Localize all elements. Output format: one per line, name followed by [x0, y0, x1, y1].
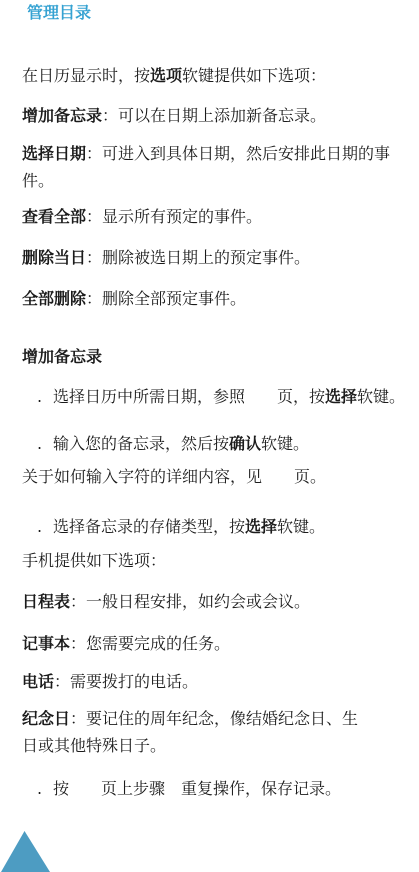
- option-desc: 删除被选日期上的预定事件。: [102, 248, 310, 267]
- softkey-select-label: 选择: [325, 387, 357, 406]
- softkey-options-label: 选项: [150, 66, 182, 85]
- memo-type-separator: ：: [70, 592, 86, 611]
- page-content: 在日历显示时，按选项软键提供如下选项： 增加备忘录：可以在日期上添加新备忘录。 …: [22, 62, 419, 802]
- step-text-pre: 选择日历中所需日期，参照 页，按: [53, 387, 325, 406]
- step-text-post: 软键。: [261, 434, 309, 453]
- option-desc: 显示所有预定的事件。: [102, 207, 262, 226]
- step-3-note: 手机提供如下选项：: [22, 547, 367, 574]
- step-marker: .: [37, 383, 53, 410]
- option-term: 全部删除: [22, 289, 86, 308]
- manual-page: 管理目录 在日历显示时，按选项软键提供如下选项： 增加备忘录：可以在日期上添加新…: [0, 0, 419, 872]
- option-separator: ：: [86, 144, 102, 163]
- memo-type-separator: ：: [70, 709, 86, 728]
- memo-type-call: 电话：需要拨打的电话。: [22, 668, 366, 695]
- step-marker: .: [37, 430, 53, 457]
- softkey-select-label: 选择: [245, 517, 277, 536]
- memo-type-separator: ：: [70, 634, 86, 653]
- option-desc: 可以在日期上添加新备忘录。: [118, 106, 326, 125]
- step-2-note: 关于如何输入字符的详细内容，见 页。: [22, 463, 367, 490]
- memo-type-term: 电话: [22, 672, 54, 691]
- step-1: . 选择日历中所需日期，参照 页，按选择软键。: [37, 383, 419, 410]
- step-4: . 按 页上步骤 重复操作，保存记录。: [37, 775, 419, 802]
- option-separator: ：: [86, 289, 102, 308]
- option-term: 增加备忘录: [22, 106, 102, 125]
- step-text: 按 页上步骤 重复操作，保存记录。: [53, 775, 341, 802]
- step-text: 输入您的备忘录，然后按确认软键。: [53, 430, 309, 457]
- option-term: 删除当日: [22, 248, 86, 267]
- option-desc: 删除全部预定事件。: [102, 289, 246, 308]
- option-term: 选择日期: [22, 144, 86, 163]
- step-marker: .: [37, 775, 53, 802]
- memo-type-schedule: 日程表：一般日程安排，如约会或会议。: [22, 588, 366, 615]
- option-view-all: 查看全部：显示所有预定的事件。: [22, 203, 398, 230]
- step-marker: .: [37, 513, 53, 540]
- memo-type-anniversary: 纪念日：要记住的周年纪念，像结婚纪念日、生日或其他特殊日子。: [22, 705, 366, 759]
- memo-type-desc: 需要拨打的电话。: [70, 672, 198, 691]
- step-text-pre: 选择备忘录的存储类型，按: [53, 517, 245, 536]
- option-separator: ：: [86, 207, 102, 226]
- option-term: 查看全部: [22, 207, 86, 226]
- option-separator: ：: [86, 248, 102, 267]
- option-go-to-date: 选择日期：可进入到具体日期，然后安排此日期的事件。: [22, 140, 398, 194]
- step-text: 选择日历中所需日期，参照 页，按选择软键。: [53, 383, 405, 410]
- intro-paragraph: 在日历显示时，按选项软键提供如下选项：: [22, 62, 398, 89]
- step-text-post: 软键。: [357, 387, 405, 406]
- option-delete-day: 删除当日：删除被选日期上的预定事件。: [22, 244, 398, 271]
- step-3: . 选择备忘录的存储类型，按选择软键。: [37, 513, 419, 540]
- page-title: 管理目录: [27, 3, 419, 23]
- memo-type-desc: 您需要完成的任务。: [86, 634, 230, 653]
- memo-type-term: 日程表: [22, 592, 70, 611]
- step-text-post: 软键。: [277, 517, 325, 536]
- memo-type-todo: 记事本：您需要完成的任务。: [22, 630, 366, 657]
- step-2: . 输入您的备忘录，然后按确认软键。: [37, 430, 419, 457]
- memo-type-desc: 一般日程安排，如约会或会议。: [86, 592, 310, 611]
- intro-text-pre: 在日历显示时，按: [22, 66, 150, 85]
- memo-type-term: 纪念日: [22, 709, 70, 728]
- option-separator: ：: [102, 106, 118, 125]
- memo-type-separator: ：: [54, 672, 70, 691]
- corner-triangle-decoration: [1, 831, 50, 872]
- step-text-pre: 按 页上步骤 重复操作，保存记录。: [53, 779, 341, 798]
- intro-text-post: 软键提供如下选项：: [182, 66, 326, 85]
- softkey-ok-label: 确认: [229, 434, 261, 453]
- memo-type-term: 记事本: [22, 634, 70, 653]
- section-heading: 增加备忘录: [22, 343, 419, 370]
- step-text: 选择备忘录的存储类型，按选择软键。: [53, 513, 325, 540]
- step-text-pre: 输入您的备忘录，然后按: [53, 434, 229, 453]
- option-add-memo: 增加备忘录：可以在日期上添加新备忘录。: [22, 102, 398, 129]
- option-delete-all: 全部删除：删除全部预定事件。: [22, 285, 398, 312]
